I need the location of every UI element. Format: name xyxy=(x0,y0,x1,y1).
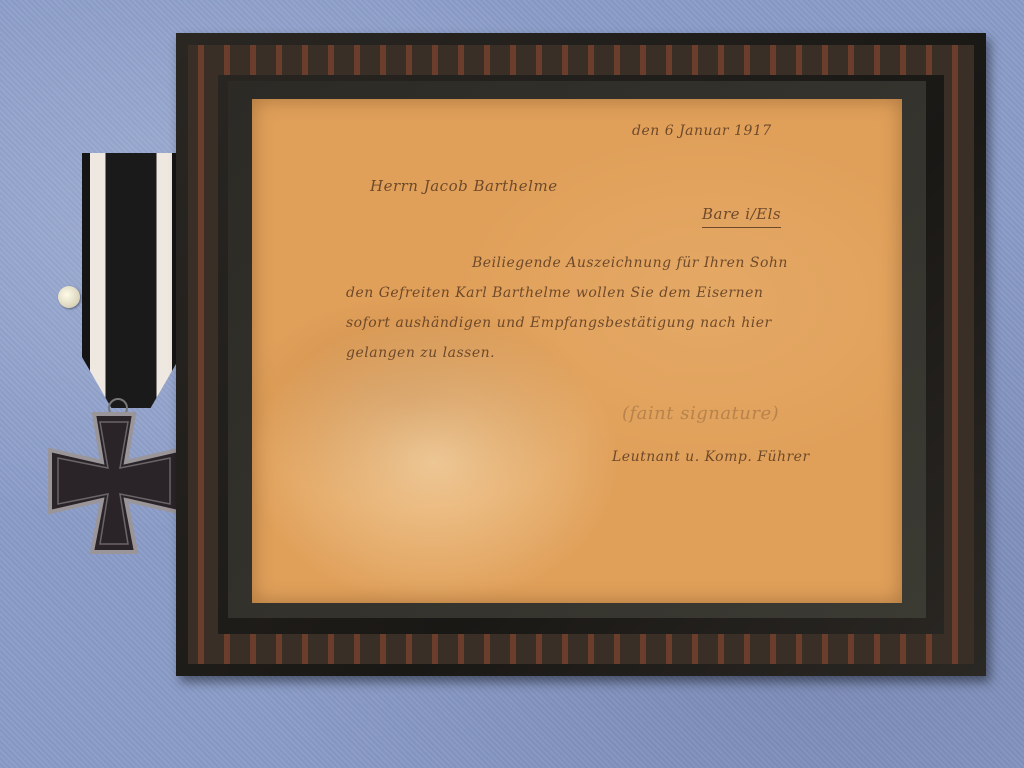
letter-date: den 6 Januar 1917 xyxy=(632,123,772,139)
letter-closing: Leutnant u. Komp. Führer xyxy=(612,449,810,465)
medal-ribbon xyxy=(82,153,180,408)
letter-body-line-4: gelangen zu lassen. xyxy=(346,345,495,361)
letter-document: den 6 Januar 1917 Herrn Jacob Barthelme … xyxy=(252,99,902,603)
letter-body-line-1: Beiliegende Auszeichnung für Ihren Sohn xyxy=(472,255,788,271)
letter-body-line-2: den Gefreiten Karl Barthelme wollen Sie … xyxy=(346,285,763,301)
letter-place: Bare i/Els xyxy=(702,205,781,228)
faint-signature: (faint signature) xyxy=(622,403,779,424)
ribbon-pin xyxy=(58,286,80,308)
iron-cross-medal xyxy=(48,412,180,554)
picture-frame: den 6 Januar 1917 Herrn Jacob Barthelme … xyxy=(176,33,986,676)
letter-body-line-3: sofort aushändigen und Empfangsbestätigu… xyxy=(346,315,772,331)
letter-salutation: Herrn Jacob Barthelme xyxy=(370,177,558,195)
